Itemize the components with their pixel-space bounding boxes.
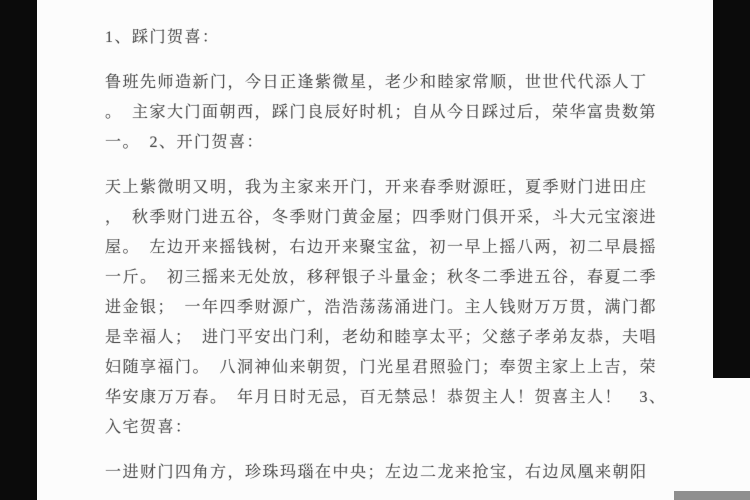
horizontal-scrollbar-thumb[interactable]	[674, 491, 750, 500]
text-line: 一进财门四角方，珍珠玛瑙在中央；左边二龙来抢宝，右边凤凰来朝阳	[105, 458, 649, 488]
left-letterbox-bar	[0, 0, 37, 500]
text-line: ， 秋季财门进五谷，冬季财门黄金屋；四季财门俱开采，斗大元宝滚进	[105, 203, 649, 233]
text-line: 进金银； 一年四季财源广，浩浩荡荡涌进门。主人钱财万万贯，满门都	[105, 293, 649, 323]
clipped-title-fragment: · · · · · · · ·	[105, 0, 649, 9]
text-line: 1、踩门贺喜：	[105, 23, 649, 53]
text-line: 一。 2、开门贺喜：	[105, 128, 649, 158]
text-line: 华安康万万春。 年月日时无忌，百无禁忌！恭贺主人！贺喜主人！ 3、	[105, 383, 649, 413]
text-line: 入宅贺喜：	[105, 413, 649, 443]
section-1-body-paragraph: 鲁班先师造新门，今日正逢紫微星，老少和睦家常顺，世世代代添人丁 。 主家大门面朝…	[105, 68, 649, 158]
section-1-heading-paragraph: 1、踩门贺喜：	[105, 23, 649, 53]
text-line: 一斤。 初三摇来无处放，移秤银子斗量金；秋冬二季进五谷，春夏二季	[105, 263, 649, 293]
text-line: 妇随享福门。 八洞神仙来朝贺，门光星君照验门；奉贺主家上上吉，荣	[105, 353, 649, 383]
text-line: 。 主家大门面朝西，踩门良辰好时机；自从今日踩过后，荣华富贵数第	[105, 98, 649, 128]
text-line: 天上紫微明又明，我为主家来开门，开来春季财源旺，夏季财门进田庄	[105, 173, 649, 203]
text-line: 鲁班先师造新门，今日正逢紫微星，老少和睦家常顺，世世代代添人丁	[105, 68, 649, 98]
text-line: 屋。 左边开来摇钱树，右边开来聚宝盆，初一早上摇八两，初二早晨摇	[105, 233, 649, 263]
section-3-body-paragraph: 一进财门四角方，珍珠玛瑙在中央；左边二龙来抢宝，右边凤凰来朝阳	[105, 458, 649, 488]
section-2-body-paragraph: 天上紫微明又明，我为主家来开门，开来春季财源旺，夏季财门进田庄 ， 秋季财门进五…	[105, 173, 649, 443]
clipped-title-text: · · · · · · · ·	[297, 0, 458, 9]
screenshot-stage: · · · · · · · · 1、踩门贺喜： 鲁班先师造新门，今日正逢紫微星，…	[0, 0, 750, 500]
text-line: 是幸福人； 进门平安出门利，老幼和睦享太平；父慈子孝弟友恭，夫唱	[105, 323, 649, 353]
right-letterbox-bar	[713, 0, 750, 378]
document-content: · · · · · · · · 1、踩门贺喜： 鲁班先师造新门，今日正逢紫微星，…	[37, 0, 713, 488]
document-page: · · · · · · · · 1、踩门贺喜： 鲁班先师造新门，今日正逢紫微星，…	[37, 0, 713, 500]
